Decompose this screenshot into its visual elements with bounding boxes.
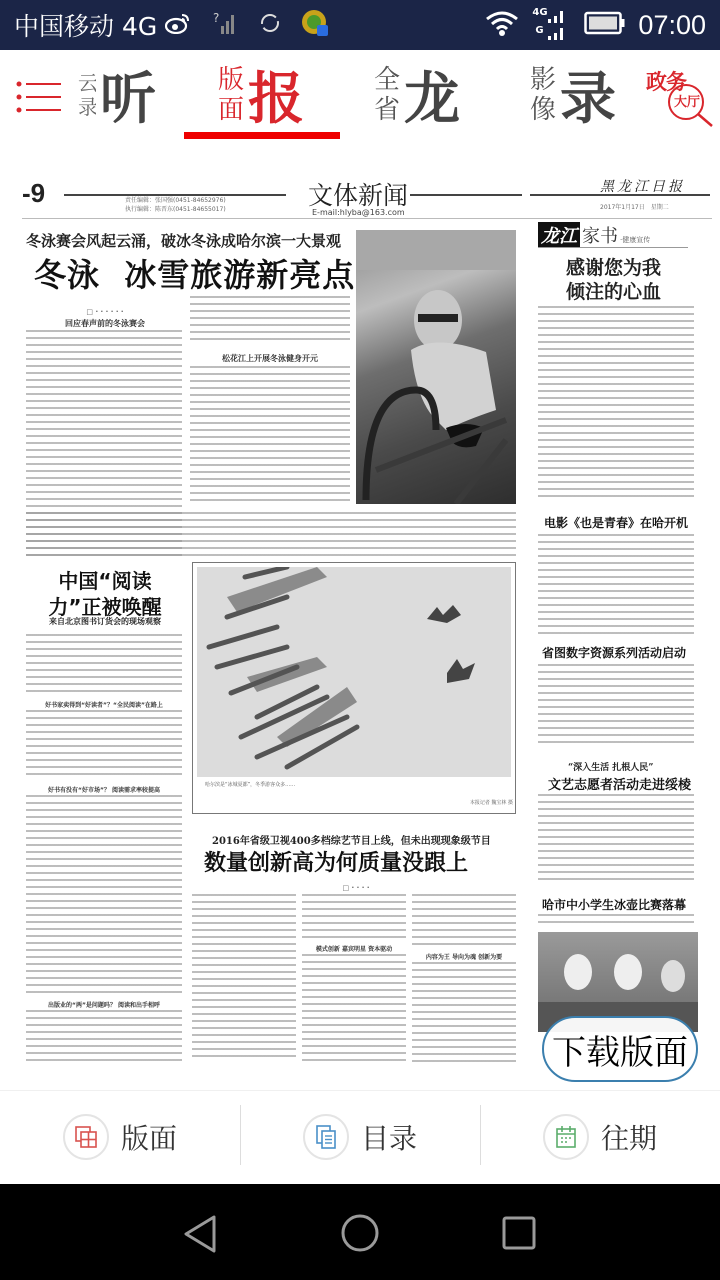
dual-sim-4g-signal-icon: 4G G [532, 7, 572, 43]
tab-newspaper-label: 报 [248, 55, 304, 135]
svg-text:?: ? [213, 11, 219, 25]
battery-icon [584, 11, 626, 39]
section-email: E-mail:hlyba@163.com [312, 208, 405, 217]
issue-date: 2017年1月17日 星期二 [600, 202, 669, 211]
back-icon[interactable] [182, 1214, 220, 1258]
screen: 中国移动 4G ? 4G G [0, 0, 720, 1280]
app-notification-icon [301, 9, 329, 41]
hamburger-menu-icon [16, 80, 64, 116]
calendar-icon [543, 1114, 589, 1160]
top-nav: 云 录 听 版 面 报 全 省 龙 影 像 录 [0, 50, 720, 142]
download-page-button[interactable]: 下载版面 [542, 1016, 698, 1082]
tab-province[interactable]: 全 省 龙 [374, 62, 460, 128]
tab-video[interactable]: 影 像 录 [530, 62, 616, 128]
weibo-icon [165, 12, 191, 38]
tab-listen[interactable]: 云 录 听 [78, 62, 156, 128]
masthead: 黑龙江日报 [600, 176, 685, 196]
menu-button[interactable] [16, 80, 64, 116]
system-nav-bar [0, 1184, 720, 1280]
status-bar: 中国移动 4G ? 4G G [0, 0, 720, 50]
tab-province-label: 龙 [404, 55, 460, 135]
column-badge: 龙江 家书 ·健康宣传 [538, 222, 650, 248]
carrier-label: 中国移动 4G [14, 7, 157, 43]
sync-icon [259, 12, 281, 38]
tab-contents[interactable]: 目录 [240, 1091, 480, 1182]
home-icon[interactable] [340, 1213, 380, 1257]
tab-listen-label: 听 [100, 55, 156, 135]
document-list-icon [303, 1114, 349, 1160]
page-number: -9 [22, 178, 45, 209]
skiers-aerial-photo[interactable]: 哈尔滨是“冰城夏都”，冬季游客众多…… 本报记者 魏宝林 摄 [192, 562, 516, 814]
gov-service-hall-button[interactable]: 政务 大厅 [644, 66, 716, 132]
tab-video-label: 录 [560, 55, 616, 135]
clock: 07:00 [638, 10, 706, 41]
bottom-tab-bar: 版面 目录 往期 [0, 1090, 720, 1182]
tab-past-issues[interactable]: 往期 [480, 1091, 720, 1182]
winter-swimmer-photo[interactable] [356, 230, 516, 504]
tab-page-layout[interactable]: 版面 [0, 1091, 240, 1182]
editor-credits: 责任编辑：张国强(0451-84652976) 执行编辑：陈晋东(0451-84… [125, 196, 226, 214]
wifi-icon [484, 9, 520, 41]
active-tab-indicator [184, 132, 340, 139]
recents-icon[interactable] [502, 1216, 538, 1256]
layout-grid-icon [63, 1114, 109, 1160]
signal-unknown-icon: ? [213, 11, 237, 39]
tab-newspaper[interactable]: 版 面 报 [218, 62, 304, 128]
section-title: 文体新闻 [308, 176, 408, 212]
